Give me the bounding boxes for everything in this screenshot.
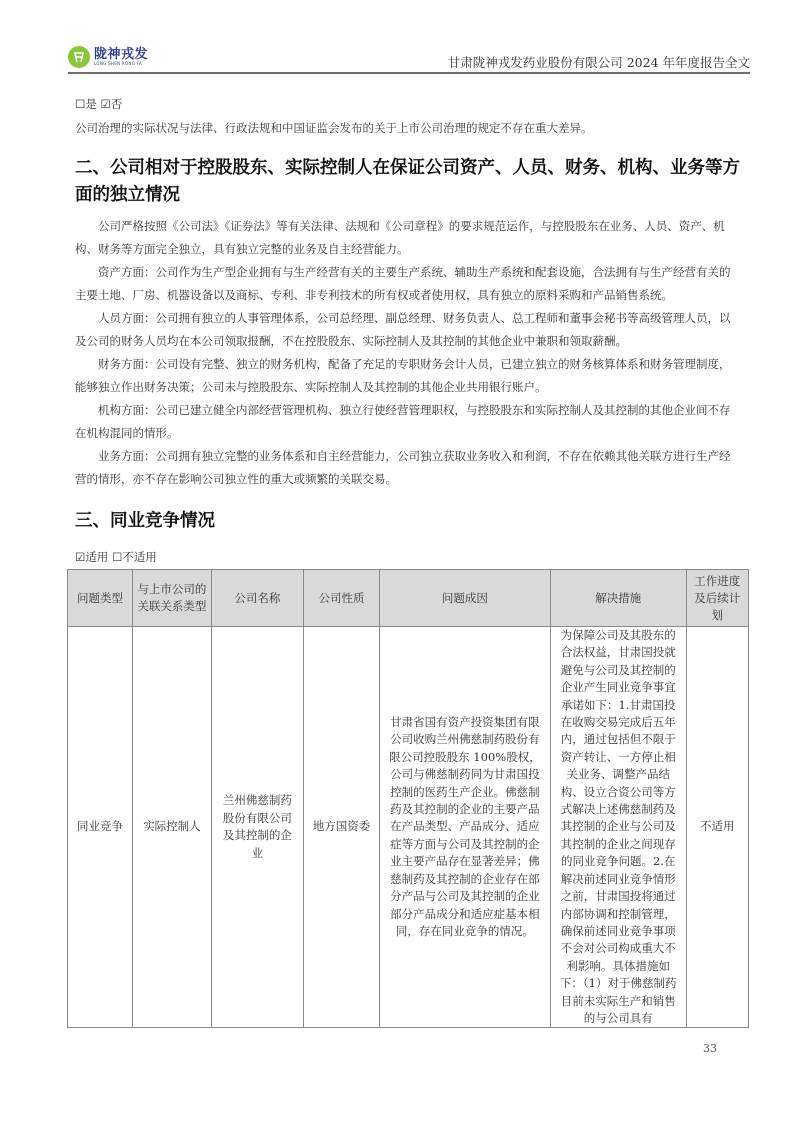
cell-company-name: 兰州佛慈制药股份有限公司及其控制的企业 (211, 627, 303, 1028)
header-divider (68, 72, 750, 74)
paragraph-finance: 财务方面：公司设有完整、独立的财务机构，配备了充足的专职财务会计人员，已建立独立… (75, 353, 740, 399)
logo-icon (68, 46, 90, 68)
section-3-heading: 三、同业竞争情况 (75, 508, 745, 535)
paragraph-assets: 资产方面：公司作为生产型企业拥有与生产经营有关的主要生产系统、辅助生产系统和配套… (75, 261, 740, 307)
cell-progress: 不适用 (686, 627, 748, 1028)
col-header-company-nature: 公司性质 (304, 570, 380, 627)
page-number: 33 (703, 1042, 717, 1055)
paragraph-overview: 公司严格按照《公司法》《证券法》等有关法律、法规和《公司章程》的要求规范运作，与… (75, 215, 740, 261)
logo-subtitle: LONG SHEN RONG FA (94, 62, 148, 66)
col-header-progress: 工作进度及后续计划 (686, 570, 748, 627)
governance-statement: 公司治理的实际状况与法律、行政法规和中国证监会发布的关于上市公司治理的规定不存在… (75, 117, 740, 140)
no-option-label: 否 (111, 97, 123, 111)
competition-table: 问题类型 与上市公司的关联关系类型 公司名称 公司性质 问题成因 解决措施 工作… (67, 569, 749, 1028)
report-title: 甘肃陇神戎发药业股份有限公司 2024 年年度报告全文 (448, 53, 750, 71)
paragraph-business: 业务方面：公司拥有独立完整的业务体系和自主经营能力，公司独立获取业务收入和利润，… (75, 445, 740, 491)
logo-name: 陇神戎发 (94, 48, 148, 61)
checkbox-unchecked-icon: ☐ (75, 97, 85, 111)
cell-issue-type: 同业竞争 (68, 627, 133, 1028)
checkbox-checked-icon: ☑ (75, 550, 85, 564)
company-logo: 陇神戎发 LONG SHEN RONG FA (68, 46, 148, 68)
governance-checkbox-row: ☐是 ☑否 (75, 93, 740, 116)
checkbox-unchecked-icon: ☐ (112, 550, 122, 564)
yes-option-label: 是 (85, 97, 97, 111)
col-header-measures: 解决措施 (550, 570, 686, 627)
section-2-body: 公司严格按照《公司法》《证券法》等有关法律、法规和《公司章程》的要求规范运作，与… (75, 215, 740, 491)
cell-relation-type: 实际控制人 (133, 627, 212, 1028)
col-header-issue-type: 问题类型 (68, 570, 133, 627)
col-header-cause: 问题成因 (379, 570, 550, 627)
page-header: 陇神戎发 LONG SHEN RONG FA 甘肃陇神戎发药业股份有限公司 20… (68, 44, 750, 74)
col-header-relation-type: 与上市公司的关联关系类型 (133, 570, 212, 627)
applicability-checkbox-row: ☑适用 ☐不适用 (75, 546, 740, 569)
paragraph-personnel: 人员方面：公司拥有独立的人事管理体系，公司总经理、副总经理、财务负责人、总工程师… (75, 307, 740, 353)
section-2-heading: 二、公司相对于控股股东、实际控制人在保证公司资产、人员、财务、机构、业务等方面的… (75, 155, 745, 209)
cell-company-nature: 地方国资委 (304, 627, 380, 1028)
table-header-row: 问题类型 与上市公司的关联关系类型 公司名称 公司性质 问题成因 解决措施 工作… (68, 570, 749, 627)
paragraph-organization: 机构方面：公司已建立健全内部经营管理机构、独立行使经营管理职权，与控股股东和实际… (75, 399, 740, 445)
cell-cause: 甘肃省国有资产投资集团有限公司收购兰州佛慈制药股份有限公司控股股东 100%股权… (379, 627, 550, 1028)
not-applicable-label: 不适用 (122, 550, 157, 564)
applicable-label: 适用 (85, 550, 108, 564)
checkbox-checked-icon: ☑ (100, 97, 110, 111)
col-header-company-name: 公司名称 (211, 570, 303, 627)
table-row: 同业竞争 实际控制人 兰州佛慈制药股份有限公司及其控制的企业 地方国资委 甘肃省… (68, 627, 749, 1028)
cell-measures: 为保障公司及其股东的合法权益，甘肃国投就避免与公司及其控制的企业产生同业竞争事宜… (550, 627, 686, 1028)
